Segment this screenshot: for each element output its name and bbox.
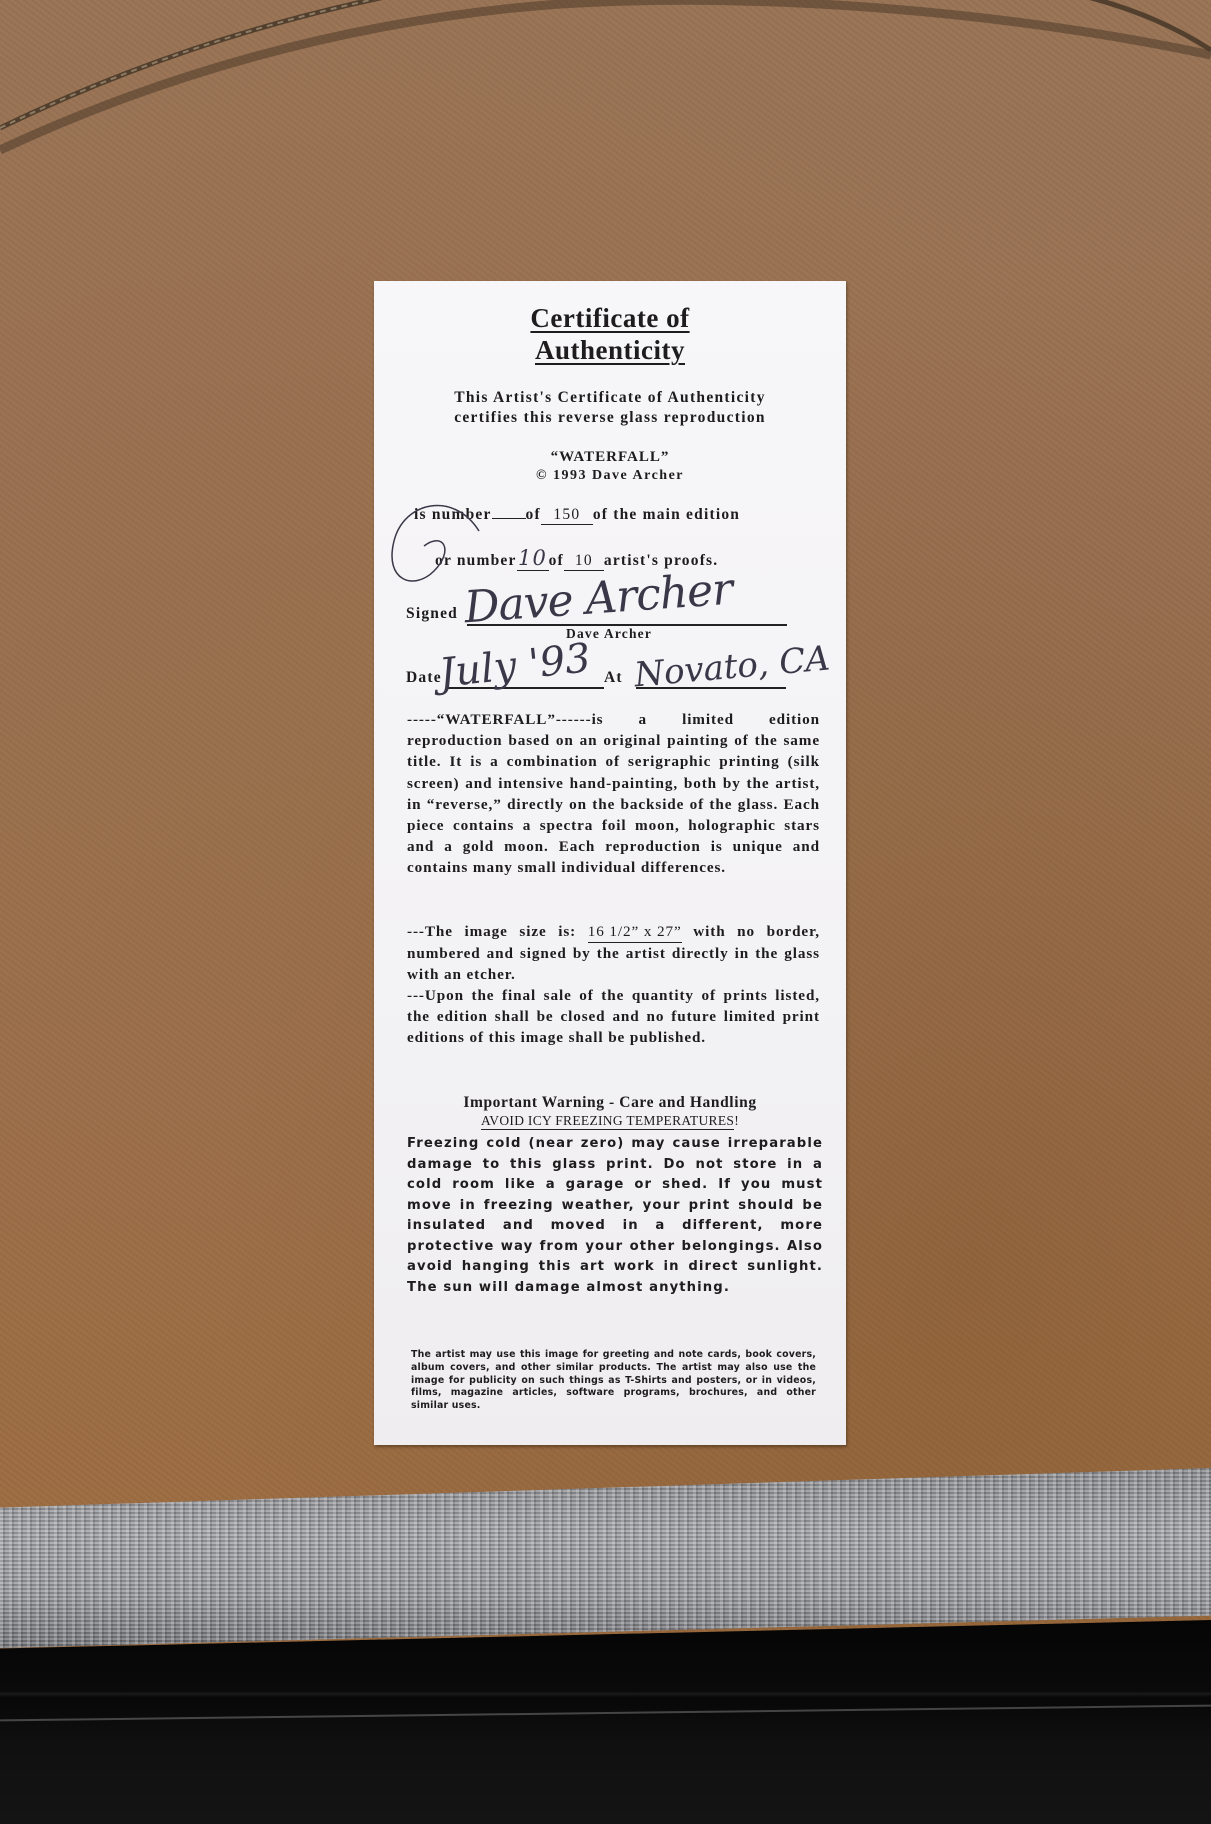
artist-proofs-of-label: of	[549, 552, 564, 569]
artist-proofs-prefix: or number	[435, 552, 517, 569]
warning-body: Freezing cold (near zero) may cause irre…	[407, 1134, 823, 1298]
warning-subheading-row: AVOID ICY FREEZING TEMPERATURES!	[374, 1113, 846, 1130]
main-edition-of-label: of	[526, 506, 541, 523]
intro-line1: This Artist's Certificate of Authenticit…	[374, 388, 846, 408]
image-size-value: 16 1/2” x 27”	[588, 921, 682, 943]
main-edition-line: is numberof150of the main edition	[414, 506, 740, 525]
duct-tape-strip	[0, 1468, 1211, 1648]
final-sale-paragraph: ---Upon the final sale of the quantity o…	[407, 985, 820, 1049]
warning-heading: Important Warning - Care and Handling	[374, 1094, 846, 1112]
artist-proofs-total: 10	[564, 552, 604, 571]
image-size-prefix: ---The image size is:	[407, 923, 576, 940]
intro-text: This Artist's Certificate of Authenticit…	[374, 388, 846, 428]
description-paragraph: -----“WATERFALL”------is a limited editi…	[407, 709, 820, 879]
main-edition-total: 150	[541, 506, 593, 525]
intro-line2: certifies this reverse glass reproductio…	[374, 408, 846, 428]
date-label: Date	[406, 669, 442, 687]
image-size-paragraph: ---The image size is: 16 1/2” x 27” with…	[407, 921, 820, 986]
main-edition-suffix: of the main edition	[593, 506, 740, 523]
artist-proofs-number-handwritten: 10	[518, 546, 547, 570]
main-edition-number-field	[492, 518, 526, 519]
hanging-wire	[0, 0, 1211, 220]
artist-proofs-number-field: 10	[517, 546, 549, 571]
usage-fine-print: The artist may use this image for greeti…	[411, 1349, 816, 1413]
certificate-card: Certificate of Authenticity This Artist'…	[374, 281, 846, 1445]
warning-subheading: AVOID ICY FREEZING TEMPERATURES	[481, 1113, 734, 1130]
signed-label: Signed	[406, 605, 458, 623]
location-handwritten: Novato, CA	[633, 639, 832, 696]
signature-handwritten: Dave Archer	[463, 564, 734, 634]
artwork-title: “WATERFALL”	[374, 449, 846, 466]
picture-frame-edge	[0, 1620, 1211, 1824]
copyright-line: © 1993 Dave Archer	[374, 468, 846, 484]
warning-subheading-suffix: !	[734, 1113, 739, 1128]
at-label: At	[604, 669, 623, 687]
certificate-title-line1: Certificate of	[374, 303, 846, 334]
main-edition-prefix: is number	[414, 506, 492, 523]
certificate-title-line2: Authenticity	[374, 335, 846, 366]
